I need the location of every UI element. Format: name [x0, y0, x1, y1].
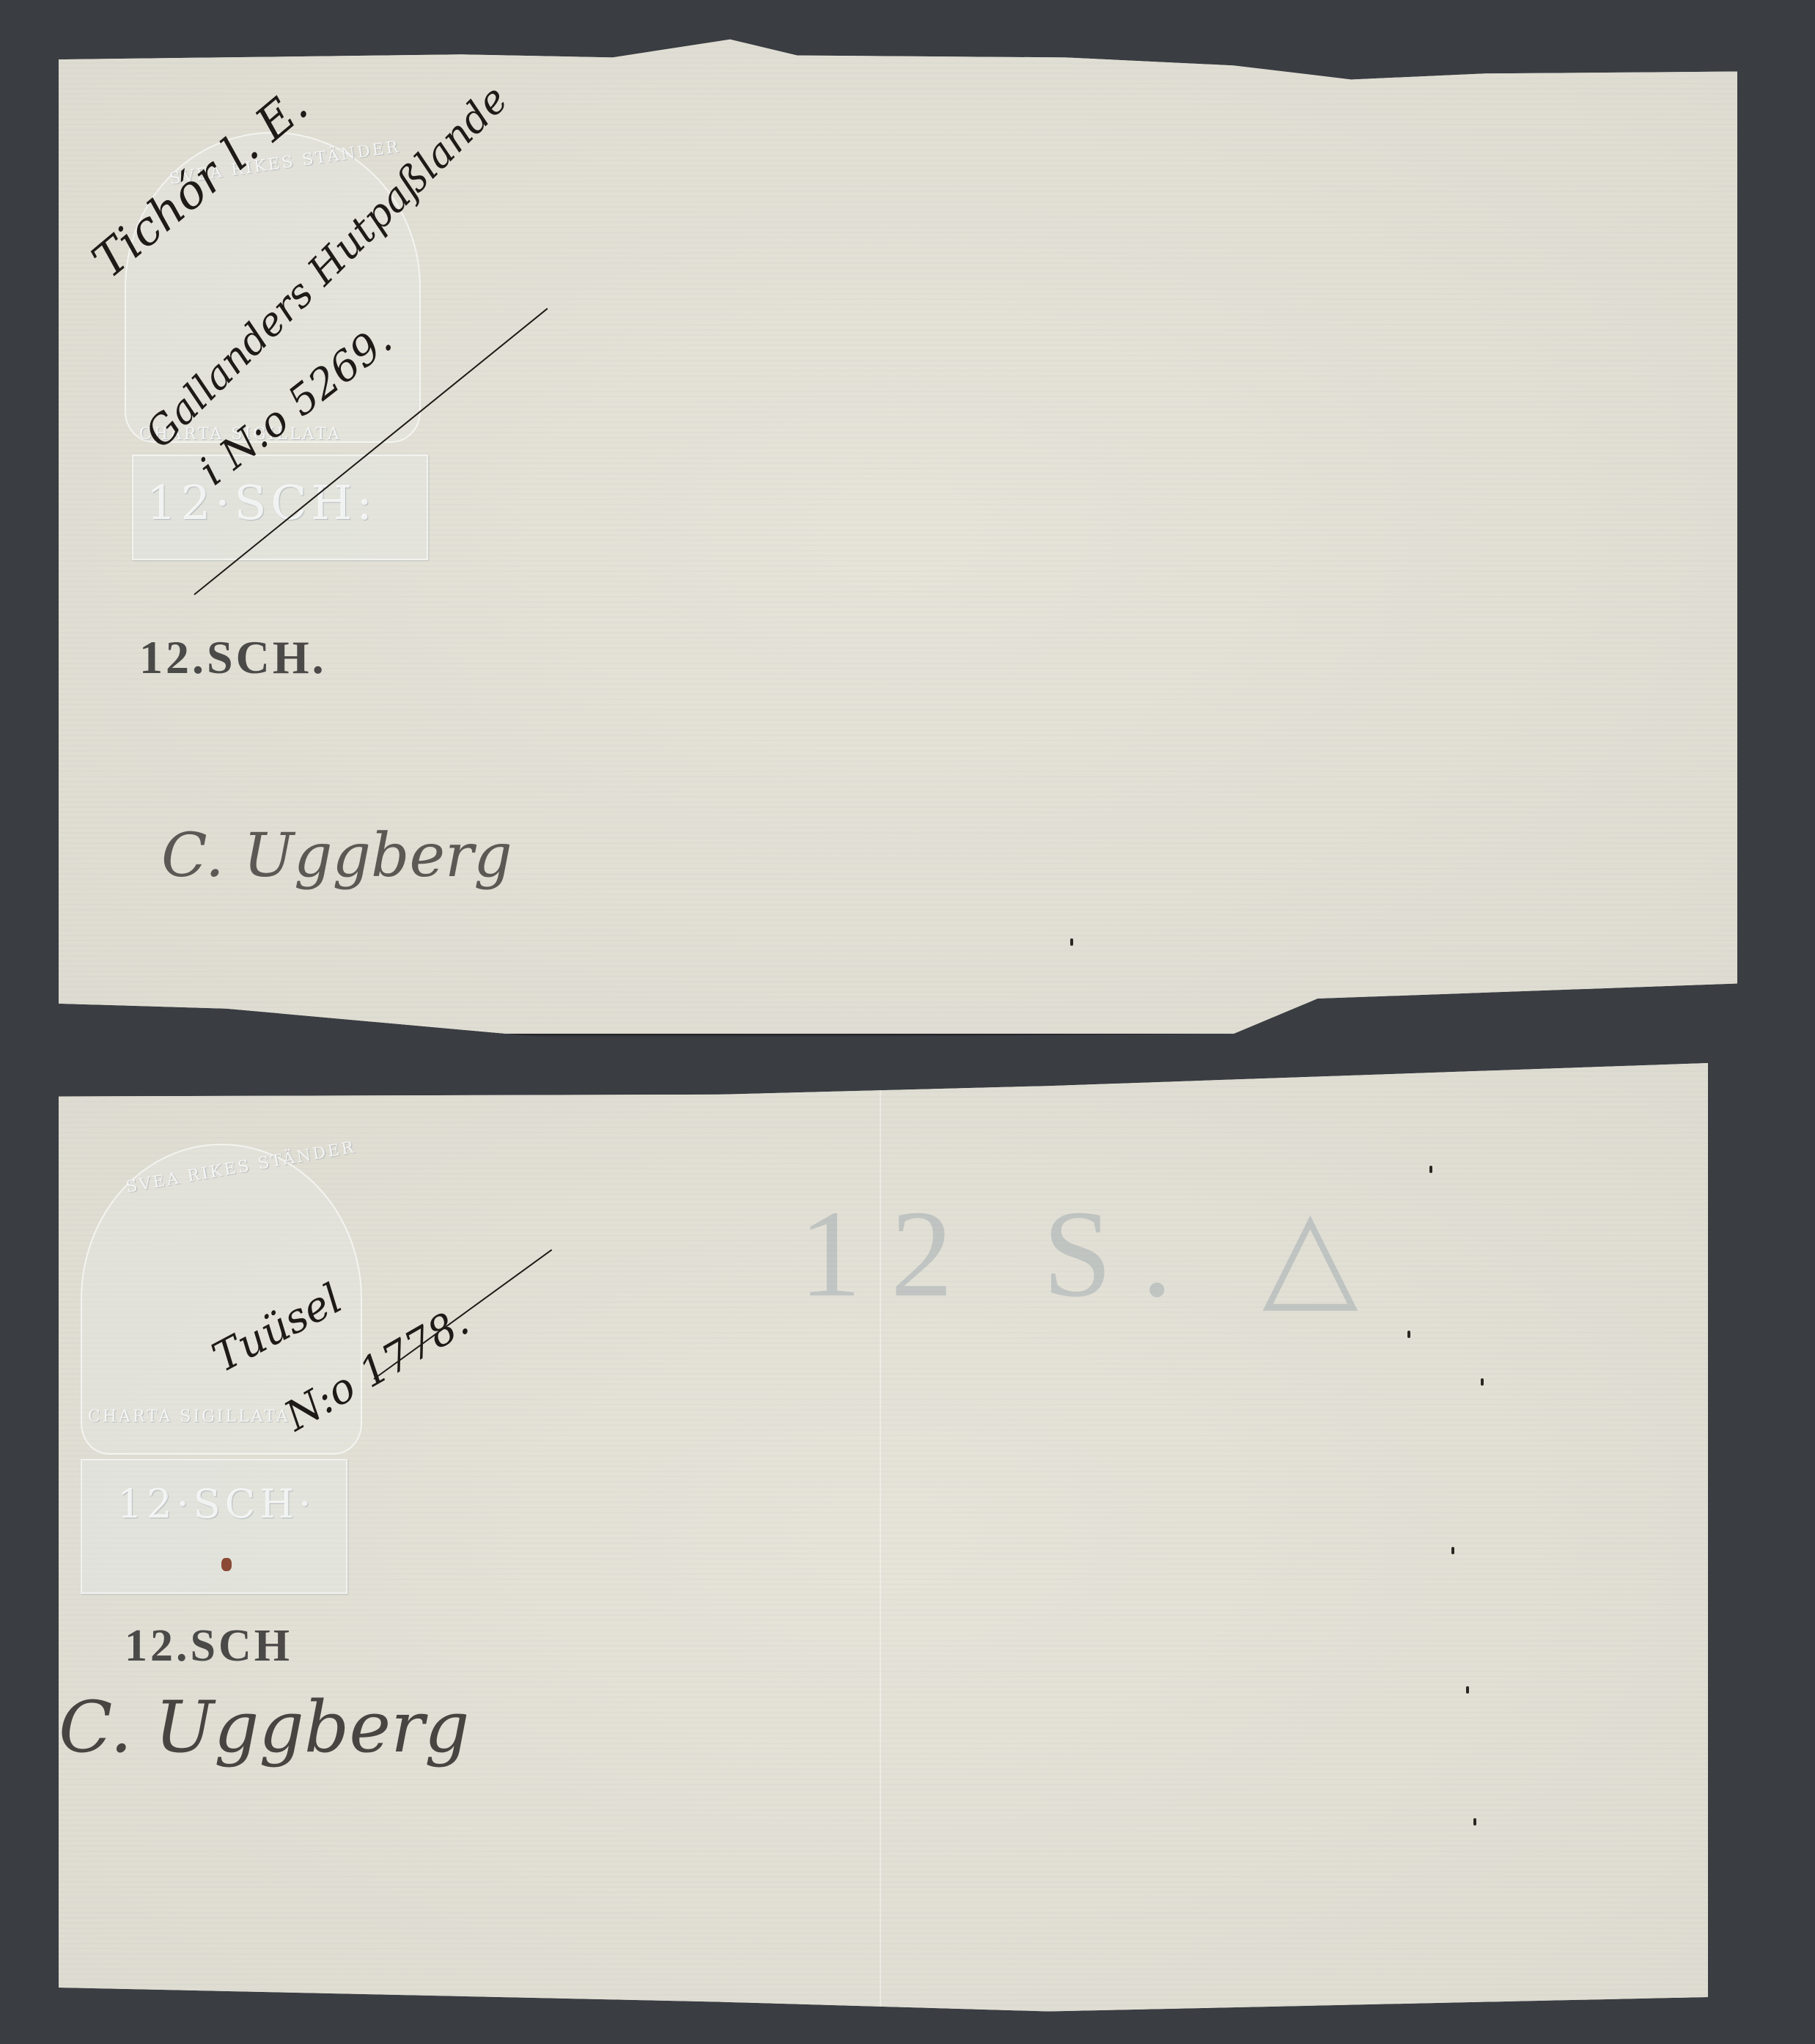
stamped-paper-sheet-1: SVEA RIKES STÄNDER CHARTA SIGILLATA 12·S…: [59, 29, 1737, 1034]
pin-hole: [1407, 1331, 1410, 1338]
pin-hole: [1451, 1547, 1454, 1554]
signature: C. Uggberg: [161, 821, 512, 891]
printed-value-stamp: 12.SCH: [125, 1620, 292, 1672]
printed-value-stamp: 12.SCH.: [139, 631, 327, 685]
pin-hole: [1473, 1818, 1476, 1826]
seal-band-text: CHARTA SIGILLATA: [88, 1408, 290, 1426]
ink-speck: [1070, 938, 1073, 946]
stamped-paper-sheet-2: SVEA RIKES STÄNDER CHARTA SIGILLATA 12·S…: [59, 1063, 1708, 2016]
pen-flourish-line: [373, 1249, 552, 1380]
rust-spot: [221, 1558, 232, 1571]
signature: C. Uggberg: [59, 1686, 469, 1768]
paper-watermark: 12 S. △: [799, 1180, 1388, 1326]
embossed-value: 12·SCH·: [117, 1481, 315, 1527]
pin-hole: [1429, 1166, 1432, 1173]
pin-hole: [1466, 1686, 1469, 1694]
embossed-value: 12·SCH:: [147, 477, 377, 531]
pin-hole: [1481, 1378, 1484, 1386]
